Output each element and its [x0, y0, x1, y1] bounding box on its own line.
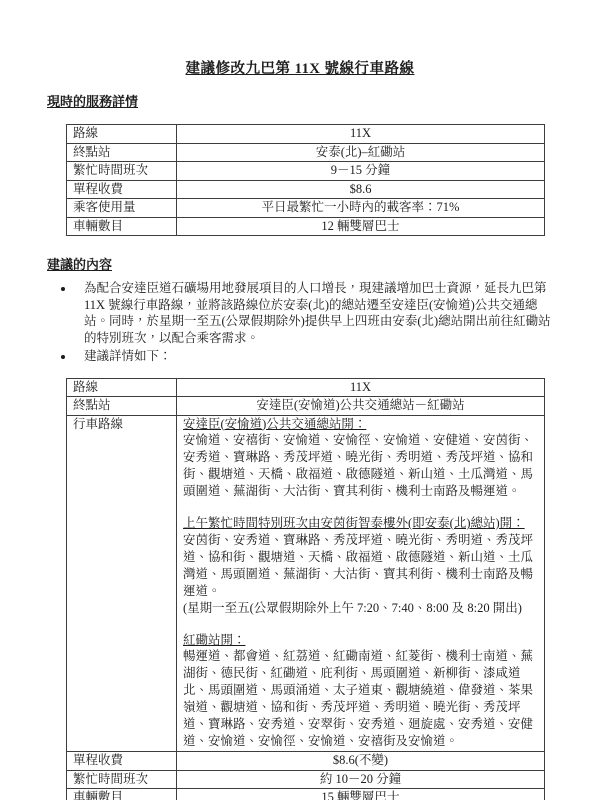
- route-body: 安茵街、安秀道、寶琳路、秀茂坪道、曉光街、秀明道、秀茂坪道、協和街、觀塘道、天橋…: [183, 532, 538, 600]
- row-label: 路線: [67, 378, 177, 397]
- table-row: 繁忙時間班次 9－15 分鐘: [67, 162, 545, 181]
- row-label: 終點站: [67, 397, 177, 416]
- row-value: 11X: [177, 125, 545, 144]
- proposal-table: 路線 11X 終點站 安達臣(安愉道)公共交通總站－紅磡站 行車路線 安達臣(安…: [66, 378, 545, 800]
- row-label: 路線: [67, 125, 177, 144]
- row-value: 安泰(北)–紅磡站: [177, 143, 545, 162]
- row-value: 12 輛雙層巴士: [177, 217, 545, 236]
- row-label: 乘客使用量: [67, 199, 177, 218]
- route-body: 安愉道、安禧街、安愉道、安愉徑、安愉道、安健道、安茵街、安秀道、寶琳路、秀茂坪道…: [183, 432, 538, 500]
- table-row: 路線 11X: [67, 378, 545, 397]
- row-label: 行車路線: [67, 415, 177, 752]
- table-row: 終點站 安泰(北)–紅磡站: [67, 143, 545, 162]
- route-heading: 安達臣(安愉道)公共交通總站開：: [183, 417, 366, 431]
- row-value: $8.6(不變): [177, 752, 545, 771]
- table-row: 單程收費 $8.6: [67, 180, 545, 199]
- current-service-table: 路線 11X 終點站 安泰(北)–紅磡站 繁忙時間班次 9－15 分鐘 單程收費…: [66, 124, 545, 236]
- bullet-item: 為配合安達臣道石礦場用地發展項目的人口增長，現建議增加巴士資源，延長九巴第 11…: [75, 280, 553, 346]
- table-row: 車輛數目 12 輛雙層巴士: [67, 217, 545, 236]
- route-paragraph-return: 紅磡站開： 暢運道、都會道、紅荔道、紅磡南道、紅菱街、機利士南道、蕪湖街、德民街…: [183, 633, 538, 751]
- row-value: 平日最繁忙一小時內的載客率：71%: [177, 199, 545, 218]
- row-label: 單程收費: [67, 752, 177, 771]
- page-title: 建議修改九巴第 11X 號線行車路線: [47, 59, 553, 79]
- route-paragraph-special: 上午繁忙時間特別班次由安茵街智泰樓外(即安泰(北)總站)開： 安茵街、安秀道、寶…: [183, 516, 538, 617]
- row-label: 繁忙時間班次: [67, 770, 177, 789]
- row-value: $8.6: [177, 180, 545, 199]
- route-paragraph-outbound: 安達臣(安愉道)公共交通總站開： 安愉道、安禧街、安愉道、安愉徑、安愉道、安健道…: [183, 417, 538, 501]
- document-page: 建議修改九巴第 11X 號線行車路線 現時的服務詳情 路線 11X 終點站 安泰…: [0, 0, 599, 800]
- row-value: 11X: [177, 378, 545, 397]
- bullet-item: 建議詳情如下：: [75, 348, 553, 365]
- table-row: 乘客使用量 平日最繁忙一小時內的載客率：71%: [67, 199, 545, 218]
- table-row: 繁忙時間班次 約 10－20 分鐘: [67, 770, 545, 789]
- row-value: 9－15 分鐘: [177, 162, 545, 181]
- section-heading-current-service: 現時的服務詳情: [47, 93, 553, 111]
- route-body: 暢運道、都會道、紅荔道、紅磡南道、紅菱街、機利士南道、蕪湖街、德民街、紅磡道、庇…: [183, 648, 538, 750]
- row-value: 安達臣(安愉道)公共交通總站－紅磡站: [177, 397, 545, 416]
- table-row-routing: 行車路線 安達臣(安愉道)公共交通總站開： 安愉道、安禧街、安愉道、安愉徑、安愉…: [67, 415, 545, 752]
- row-label: 單程收費: [67, 180, 177, 199]
- row-label: 車輛數目: [67, 789, 177, 800]
- routing-cell: 安達臣(安愉道)公共交通總站開： 安愉道、安禧街、安愉道、安愉徑、安愉道、安健道…: [177, 415, 545, 752]
- section-heading-proposal: 建議的內容: [47, 256, 553, 274]
- row-value: 約 10－20 分鐘: [177, 770, 545, 789]
- table-row: 終點站 安達臣(安愉道)公共交通總站－紅磡站: [67, 397, 545, 416]
- table-row: 車輛數目 15 輛雙層巴士: [67, 789, 545, 800]
- proposal-bullet-list: 為配合安達臣道石礦場用地發展項目的人口增長，現建議增加巴士資源，延長九巴第 11…: [47, 280, 553, 365]
- row-label: 終點站: [67, 143, 177, 162]
- route-heading: 紅磡站開：: [183, 633, 246, 647]
- table-row: 路線 11X: [67, 125, 545, 144]
- route-note: (星期一至五(公眾假期除外上午 7:20、7:40、8:00 及 8:20 開出…: [183, 600, 538, 617]
- row-value: 15 輛雙層巴士: [177, 789, 545, 800]
- row-label: 車輛數目: [67, 217, 177, 236]
- table-row: 單程收費 $8.6(不變): [67, 752, 545, 771]
- row-label: 繁忙時間班次: [67, 162, 177, 181]
- route-heading: 上午繁忙時間特別班次由安茵街智泰樓外(即安泰(北)總站)開：: [183, 516, 525, 530]
